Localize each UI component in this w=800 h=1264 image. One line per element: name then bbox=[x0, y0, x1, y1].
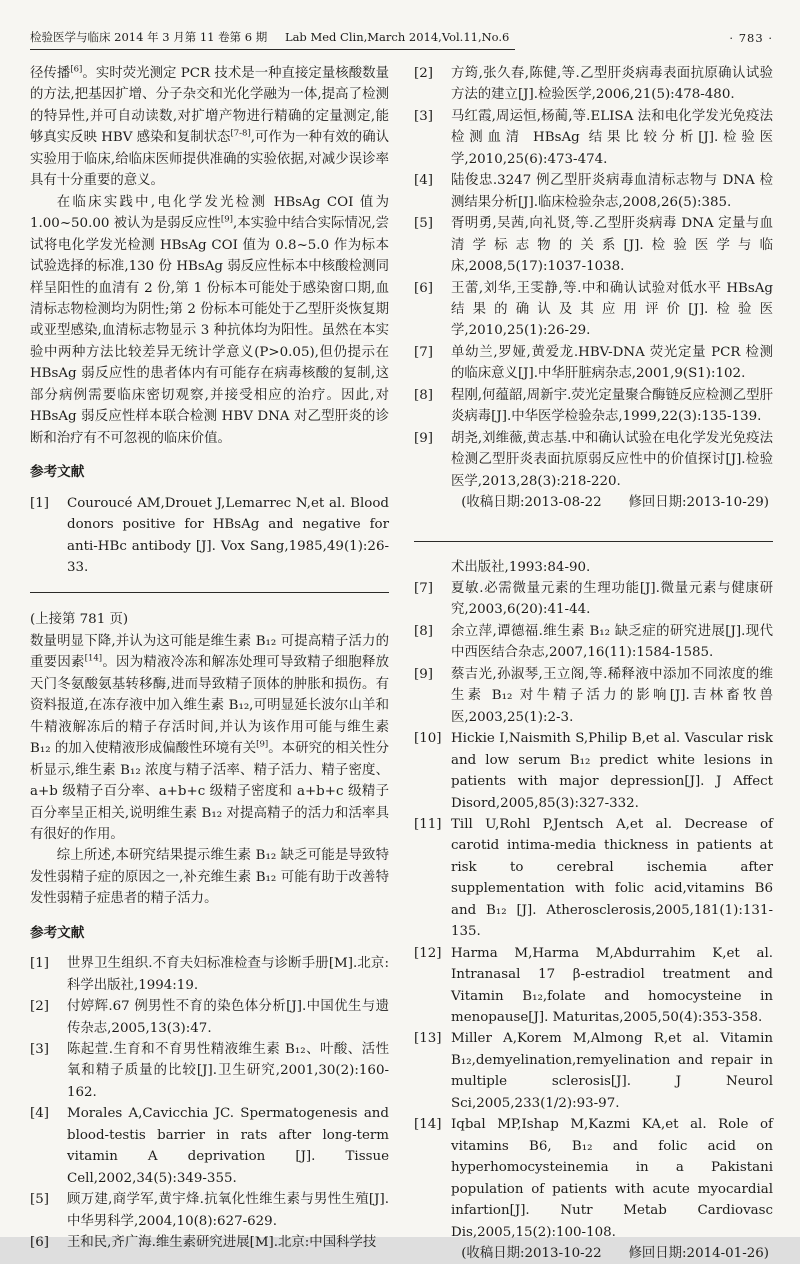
article1-received-revised-dates: (收稿日期:2013-08-22 修回日期:2013-10-29) bbox=[414, 492, 773, 513]
reference-number: [8] bbox=[414, 621, 451, 664]
journal-title-line: 检验医学与临床 2014 年 3 月第 11 卷第 6 期 Lab Med Cl… bbox=[30, 30, 515, 50]
article2-reference-list-left: [1] 世界卫生组织.不育夫妇标准检查与诊断手册[M].北京:科学出版社,199… bbox=[30, 953, 389, 1253]
reference-number: [5] bbox=[414, 213, 451, 277]
page-header: 检验医学与临床 2014 年 3 月第 11 卷第 6 期 Lab Med Cl… bbox=[30, 30, 773, 50]
reference-text: 世界卫生组织.不育夫妇标准检查与诊断手册[M].北京:科学出版社,1994:19… bbox=[67, 953, 389, 996]
reference-number: [4] bbox=[30, 1103, 67, 1189]
reference-number: [14] bbox=[414, 1114, 451, 1243]
article2-reference-list-right: [7] 夏敏.必需微量元素的生理功能[J].微量元素与健康研究,2003,6(2… bbox=[414, 578, 773, 1243]
reference-text: 胡尧,刘维薇,黄志基.中和确认试验在电化学发光免疫法检测乙型肝炎表面抗原弱反应性… bbox=[451, 428, 773, 492]
reference-text: Couroucé AM,Drouet J,Lemarrec N,et al. B… bbox=[67, 493, 389, 579]
reference-number: [12] bbox=[414, 943, 451, 1029]
reference-item: [14] Iqbal MP,Ishap M,Kazmi KA,et al. Ro… bbox=[414, 1114, 773, 1243]
continued-from-note: (上接第 781 页) bbox=[30, 609, 389, 630]
reference-item: [2] 方筠,张久春,陈健,等.乙型肝炎病毒表面抗原确认试验方法的建立[J].检… bbox=[414, 63, 773, 106]
reference-text: 马红霞,周运恒,杨蔺,等.ELISA 法和电化学发光免疫法检测血清 HBsAg … bbox=[451, 106, 773, 170]
article1-paragraph: 在临床实践中,电化学发光检测 HBsAg COI 值为 1.00~50.00 被… bbox=[30, 192, 389, 449]
reference-number: [1] bbox=[30, 953, 67, 996]
reference-text: 夏敏.必需微量元素的生理功能[J].微量元素与健康研究,2003,6(20):4… bbox=[451, 578, 773, 621]
reference-item: [7] 单幼兰,罗娅,黄爱龙.HBV-DNA 荧光定量 PCR 检测的临床意义[… bbox=[414, 342, 773, 385]
article1-paragraph: 径传播[6]。实时荧光测定 PCR 技术是一种直接定量核酸数量的方法,把基因扩增… bbox=[30, 63, 389, 192]
reference-text: Morales A,Cavicchia JC. Spermatogenesis … bbox=[67, 1103, 389, 1189]
reference-text: 王蕾,刘华,王雯静,等.中和确认试验对低水平 HBsAg 结果的确认及其应用评价… bbox=[451, 278, 773, 342]
reference-number: [1] bbox=[30, 493, 67, 579]
article2-paragraph: 综上所述,本研究结果提示维生素 B₁₂ 缺乏可能是导致特发性弱精子症的原因之一,… bbox=[30, 845, 389, 909]
reference-number: [7] bbox=[414, 578, 451, 621]
reference-item: [1] Couroucé AM,Drouet J,Lemarrec N,et a… bbox=[30, 493, 389, 579]
reference-number: [11] bbox=[414, 814, 451, 943]
article1-references-heading: 参考文献 bbox=[30, 462, 389, 483]
reference-text: 陈起萱.生育和不育男性精液维生素 B₁₂、叶酸、活性氧和精子质量的比较[J].卫… bbox=[67, 1039, 389, 1103]
journal-title-en: Lab Med Clin,March 2014,Vol.11,No.6 bbox=[285, 30, 509, 44]
reference-number: [2] bbox=[30, 996, 67, 1039]
reference-item: [2] 付婷辉.67 例男性不育的染色体分析[J].中国优生与遗传杂志,2005… bbox=[30, 996, 389, 1039]
reference-item: [6] 王蕾,刘华,王雯静,等.中和确认试验对低水平 HBsAg 结果的确认及其… bbox=[414, 278, 773, 342]
reference-item: [9] 蔡吉光,孙淑琴,王立阁,等.稀释液中添加不同浓度的维生素 B₁₂ 对牛精… bbox=[414, 664, 773, 728]
reference-item: [7] 夏敏.必需微量元素的生理功能[J].微量元素与健康研究,2003,6(2… bbox=[414, 578, 773, 621]
reference-text: 蔡吉光,孙淑琴,王立阁,等.稀释液中添加不同浓度的维生素 B₁₂ 对牛精子活力的… bbox=[451, 664, 773, 728]
reference-continuation-line: 术出版社,1993:84-90. bbox=[414, 557, 773, 578]
reference-item: [4] 陆俊忠.3247 例乙型肝炎病毒血清标志物与 DNA 检测结果分析[J]… bbox=[414, 170, 773, 213]
article1-reference-list-left: [1] Couroucé AM,Drouet J,Lemarrec N,et a… bbox=[30, 493, 389, 579]
reference-number: [8] bbox=[414, 385, 451, 428]
article2-references-heading: 参考文献 bbox=[30, 923, 389, 944]
page-number: · 783 · bbox=[729, 31, 773, 50]
reference-text: 胥明勇,吴茜,向礼贤,等.乙型肝炎病毒 DNA 定量与血清学标志物的关系[J].… bbox=[451, 213, 773, 277]
right-column: [2] 方筠,张久春,陈健,等.乙型肝炎病毒表面抗原确认试验方法的建立[J].检… bbox=[414, 63, 773, 1264]
article-divider bbox=[414, 541, 773, 542]
reference-text: 陆俊忠.3247 例乙型肝炎病毒血清标志物与 DNA 检测结果分析[J].临床检… bbox=[451, 170, 773, 213]
reference-text: Iqbal MP,Ishap M,Kazmi KA,et al. Role of… bbox=[451, 1114, 773, 1243]
reference-item: [6] 王和民,齐广海.维生素研究进展[M].北京:中国科学技 bbox=[30, 1232, 389, 1253]
reference-text: Hickie I,Naismith S,Philip B,et al. Vasc… bbox=[451, 728, 773, 814]
reference-number: [7] bbox=[414, 342, 451, 385]
reference-text: Harma M,Harma M,Abdurrahim K,et al. Intr… bbox=[451, 943, 773, 1029]
reference-item: [5] 顾万建,商学军,黄宇烽.抗氧化性维生素与男性生殖[J].中华男科学,20… bbox=[30, 1189, 389, 1232]
reference-number: [5] bbox=[30, 1189, 67, 1232]
reference-text: Till U,Rohl P,Jentsch A,et al. Decrease … bbox=[451, 814, 773, 943]
reference-number-spacer bbox=[414, 557, 451, 578]
reference-item: [8] 余立萍,谭德福.维生素 B₁₂ 缺乏症的研究进展[J].现代中西医结合杂… bbox=[414, 621, 773, 664]
article-divider bbox=[30, 592, 389, 593]
reference-number: [9] bbox=[414, 428, 451, 492]
reference-item: [1] 世界卫生组织.不育夫妇标准检查与诊断手册[M].北京:科学出版社,199… bbox=[30, 953, 389, 996]
reference-number: [4] bbox=[414, 170, 451, 213]
reference-item: [3] 陈起萱.生育和不育男性精液维生素 B₁₂、叶酸、活性氧和精子质量的比较[… bbox=[30, 1039, 389, 1103]
reference-number: [9] bbox=[414, 664, 451, 728]
article1-reference-list-right: [2] 方筠,张久春,陈健,等.乙型肝炎病毒表面抗原确认试验方法的建立[J].检… bbox=[414, 63, 773, 492]
reference-number: [3] bbox=[30, 1039, 67, 1103]
journal-title-cn: 检验医学与临床 2014 年 3 月第 11 卷第 6 期 bbox=[30, 30, 267, 44]
reference-item: [12] Harma M,Harma M,Abdurrahim K,et al.… bbox=[414, 943, 773, 1029]
two-column-body: 径传播[6]。实时荧光测定 PCR 技术是一种直接定量核酸数量的方法,把基因扩增… bbox=[30, 63, 773, 1264]
reference-item: [5] 胥明勇,吴茜,向礼贤,等.乙型肝炎病毒 DNA 定量与血清学标志物的关系… bbox=[414, 213, 773, 277]
reference-item: [9] 胡尧,刘维薇,黄志基.中和确认试验在电化学发光免疫法检测乙型肝炎表面抗原… bbox=[414, 428, 773, 492]
article2-received-revised-dates: (收稿日期:2013-10-22 修回日期:2014-01-26) bbox=[414, 1243, 773, 1264]
reference-text: 顾万建,商学军,黄宇烽.抗氧化性维生素与男性生殖[J].中华男科学,2004,1… bbox=[67, 1189, 389, 1232]
reference-text: 术出版社,1993:84-90. bbox=[451, 557, 773, 578]
reference-number: [3] bbox=[414, 106, 451, 170]
reference-item: [11] Till U,Rohl P,Jentsch A,et al. Decr… bbox=[414, 814, 773, 943]
reference-number: [6] bbox=[30, 1232, 67, 1253]
journal-page: 检验医学与临床 2014 年 3 月第 11 卷第 6 期 Lab Med Cl… bbox=[0, 0, 800, 1237]
reference-text: 王和民,齐广海.维生素研究进展[M].北京:中国科学技 bbox=[67, 1232, 389, 1253]
left-column: 径传播[6]。实时荧光测定 PCR 技术是一种直接定量核酸数量的方法,把基因扩增… bbox=[30, 63, 389, 1264]
reference-text: 程刚,何蕴韶,周新宇.荧光定量聚合酶链反应检测乙型肝炎病毒[J].中华医学检验杂… bbox=[451, 385, 773, 428]
reference-number: [2] bbox=[414, 63, 451, 106]
reference-item: [13] Miller A,Korem M,Almong R,et al. Vi… bbox=[414, 1028, 773, 1114]
reference-item: [3] 马红霞,周运恒,杨蔺,等.ELISA 法和电化学发光免疫法检测血清 HB… bbox=[414, 106, 773, 170]
reference-item: [10] Hickie I,Naismith S,Philip B,et al.… bbox=[414, 728, 773, 814]
reference-text: Miller A,Korem M,Almong R,et al. Vitamin… bbox=[451, 1028, 773, 1114]
article2-paragraph: 数量明显下降,并认为这可能是维生素 B₁₂ 可提高精子活力的重要因素[14]。因… bbox=[30, 631, 389, 846]
reference-number: [10] bbox=[414, 728, 451, 814]
reference-item: [4] Morales A,Cavicchia JC. Spermatogene… bbox=[30, 1103, 389, 1189]
reference-number: [6] bbox=[414, 278, 451, 342]
reference-text: 余立萍,谭德福.维生素 B₁₂ 缺乏症的研究进展[J].现代中西医结合杂志,20… bbox=[451, 621, 773, 664]
reference-text: 付婷辉.67 例男性不育的染色体分析[J].中国优生与遗传杂志,2005,13(… bbox=[67, 996, 389, 1039]
reference-item: [8] 程刚,何蕴韶,周新宇.荧光定量聚合酶链反应检测乙型肝炎病毒[J].中华医… bbox=[414, 385, 773, 428]
reference-text: 单幼兰,罗娅,黄爱龙.HBV-DNA 荧光定量 PCR 检测的临床意义[J].中… bbox=[451, 342, 773, 385]
reference-number: [13] bbox=[414, 1028, 451, 1114]
reference-text: 方筠,张久春,陈健,等.乙型肝炎病毒表面抗原确认试验方法的建立[J].检验医学,… bbox=[451, 63, 773, 106]
